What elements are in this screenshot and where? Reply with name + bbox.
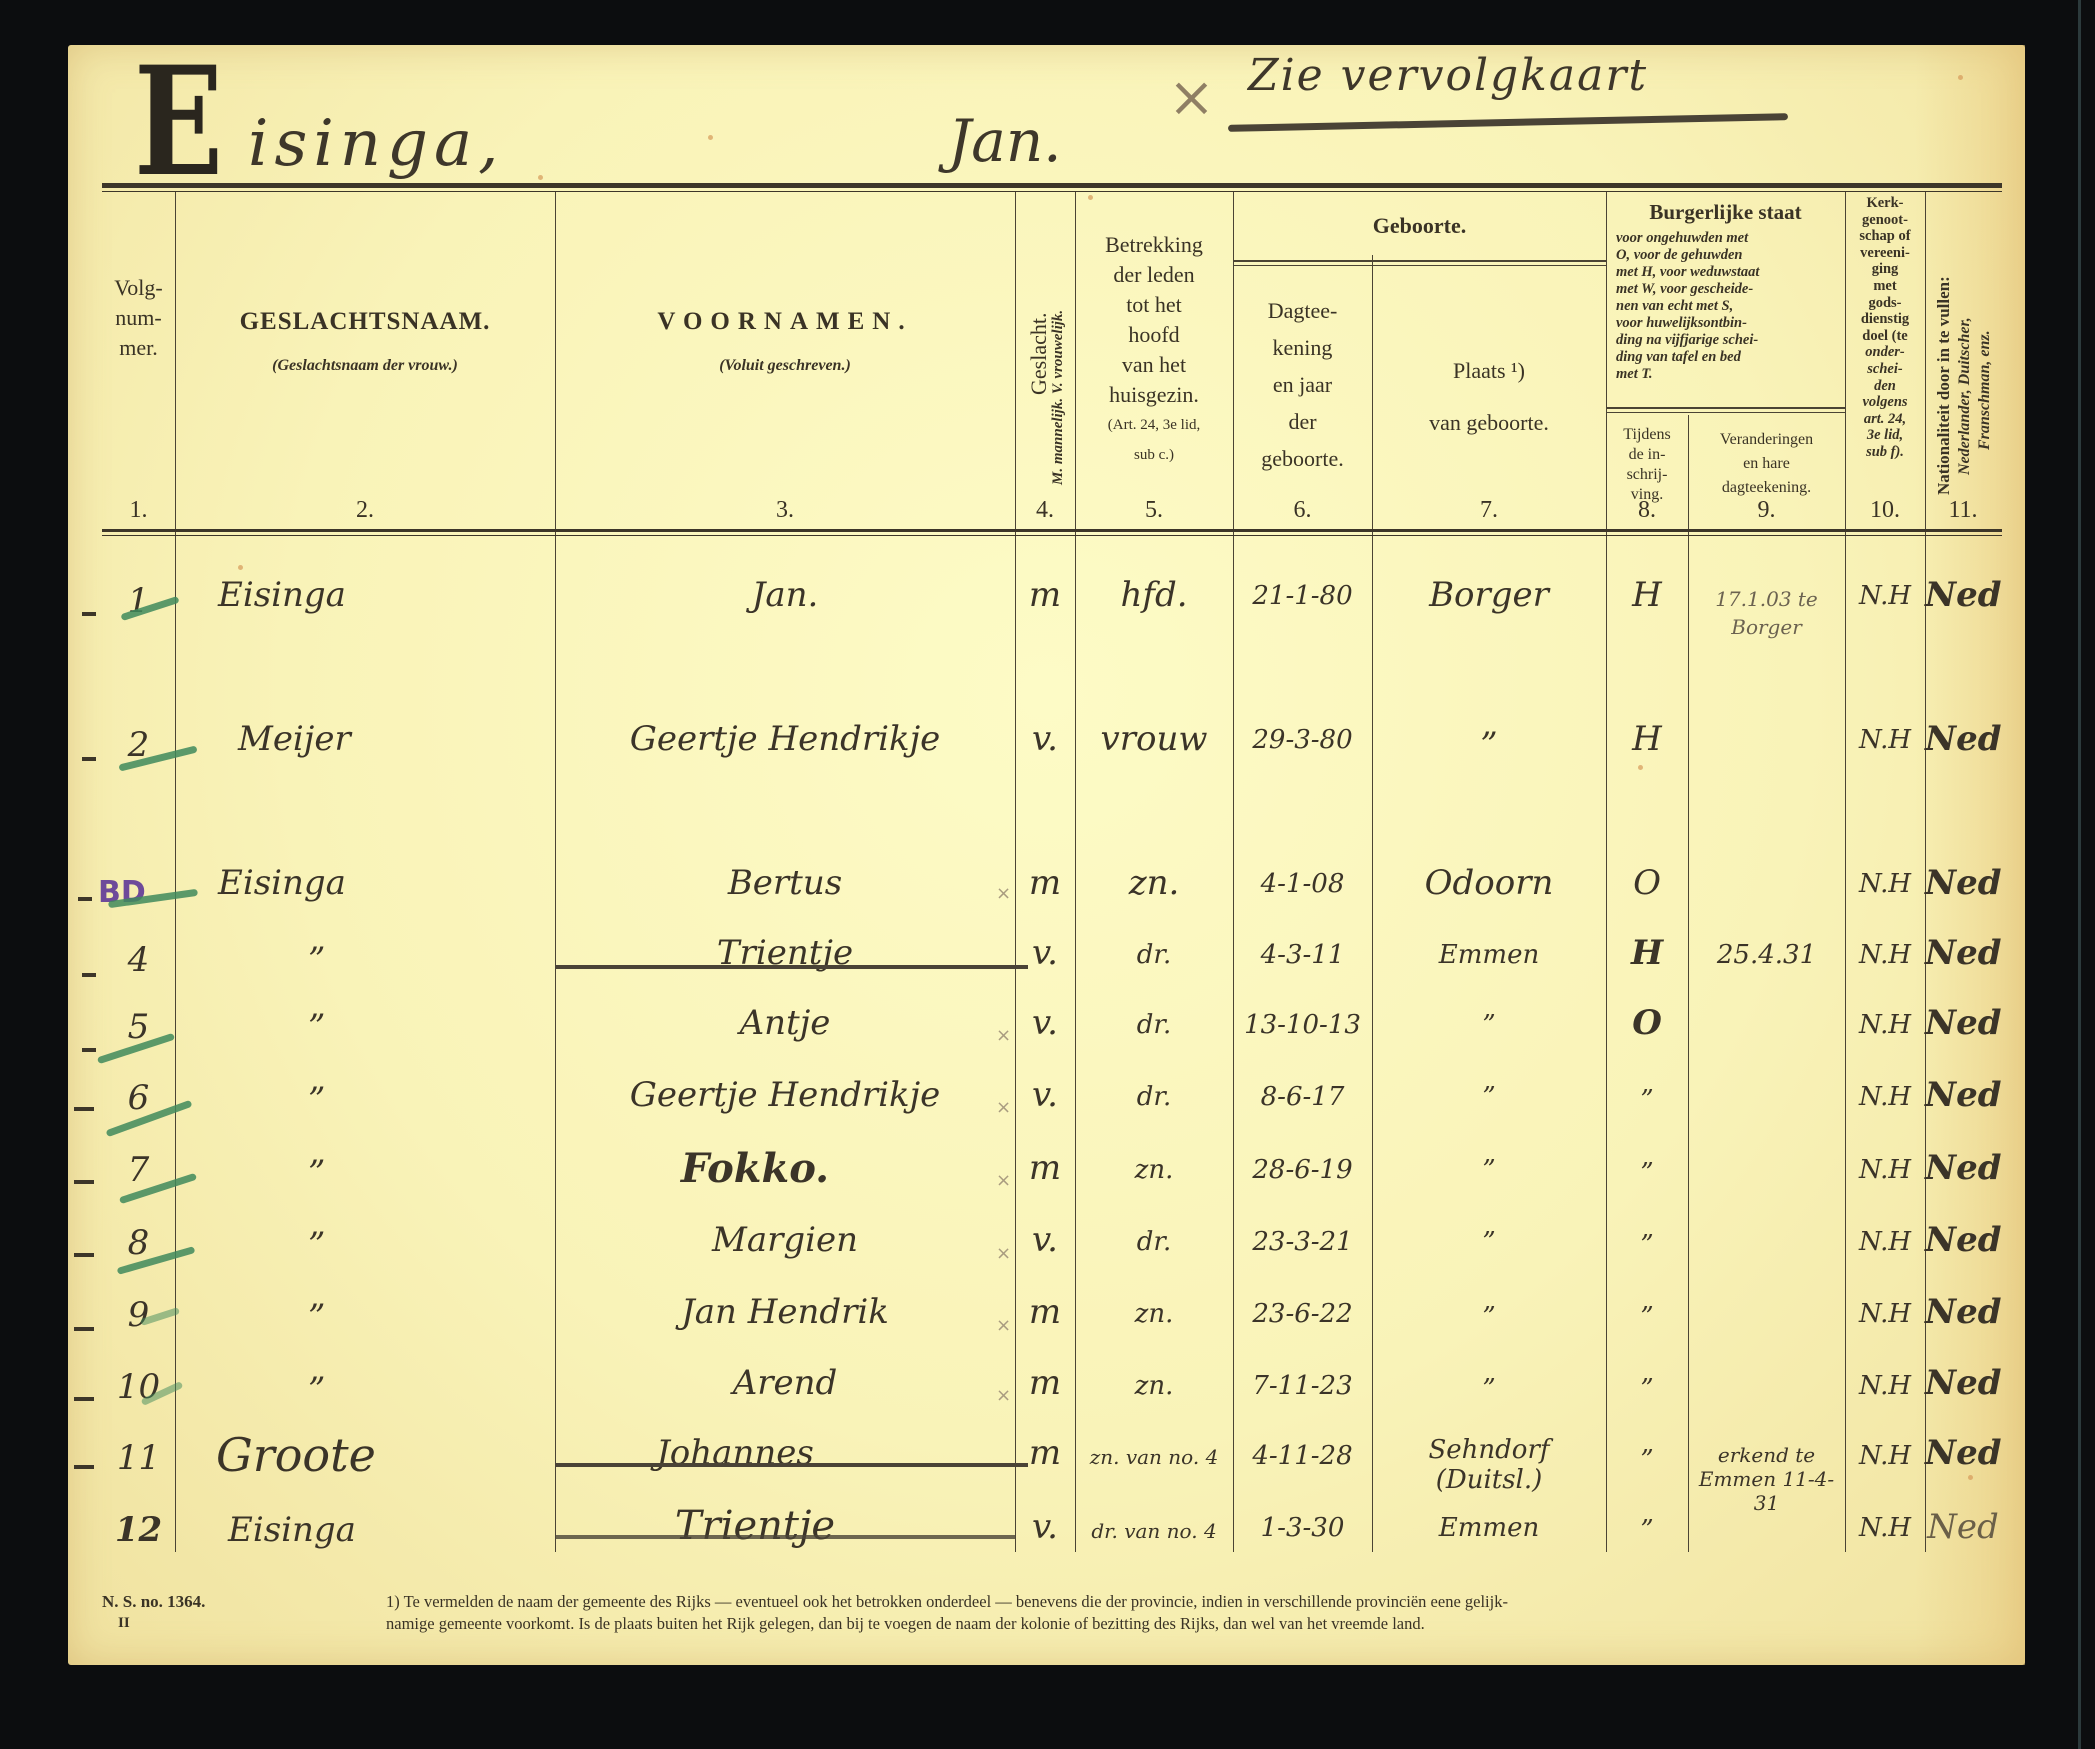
header-bottom-rule (102, 529, 2002, 532)
row2-nationality: Ned (1925, 719, 2001, 759)
row4-sex: v. (1015, 933, 1075, 973)
paper-speck (708, 135, 713, 140)
col11-header-title: Nationaliteit door in te vullen: (1934, 276, 1954, 495)
col11-header-subtitle-1: Nederlander, Duitscher, (1956, 317, 1974, 475)
bs-group-rule-thin (1606, 412, 1845, 413)
row6-church: N.H (1845, 1082, 1925, 1112)
row10-relation: zn. (1075, 1371, 1233, 1401)
row9-relation: zn. (1075, 1299, 1233, 1329)
row5-nationality: Ned (1925, 1003, 2001, 1043)
row12-church: N.H (1845, 1513, 1925, 1543)
row1-status: H (1606, 575, 1688, 615)
note-underline (1228, 113, 1788, 132)
row11-given: Johannes (555, 1433, 915, 1473)
paper-speck (538, 175, 543, 180)
row8-sex: v. (1015, 1220, 1075, 1260)
margin-dash (82, 1048, 96, 1052)
row5-birth-place: ” (1372, 1010, 1606, 1040)
row11-surname: Groote (216, 1428, 376, 1482)
row9-church: N.H (1845, 1299, 1925, 1329)
col10-header: Kerk- genoot- schap of vereeni- ging met… (1845, 195, 1925, 461)
row12-relation: dr. van no. 4 (1075, 1519, 1233, 1543)
row10-nationality: Ned (1925, 1363, 2001, 1403)
col3-header-title: VOORNAMEN. (555, 308, 1015, 336)
row4-birth-date: 4-3-11 (1233, 940, 1372, 970)
strikethrough (555, 1535, 1015, 1539)
row10-birth-date: 7-11-23 (1233, 1371, 1372, 1401)
row9-given: Jan Hendrik (555, 1292, 1015, 1332)
row10-status: ” (1606, 1374, 1688, 1404)
row1-birth-date: 21-1-80 (1233, 581, 1372, 611)
row9-status: ” (1606, 1302, 1688, 1332)
row4-nr: 4 (102, 940, 175, 980)
col11-number: 11. (1925, 497, 2001, 524)
row10-given: Arend (555, 1363, 1015, 1403)
heading-firstname: Jan. (948, 107, 1062, 175)
row1-nationality: Ned (1925, 575, 2001, 615)
col6-header: Dagtee- kening en jaar der geboorte. (1233, 292, 1372, 477)
row6-birth-date: 8-6-17 (1233, 1082, 1372, 1112)
row12-nationality: Ned (1925, 1507, 2001, 1547)
col2-header-subtitle: (Geslachtsnaam der vrouw.) (175, 357, 555, 375)
margin-dash (82, 973, 96, 977)
col8-header: Tijdens de in- schrij- ving. (1606, 425, 1688, 505)
row12-surname: Eisinga (228, 1510, 356, 1550)
row3-nationality: Ned (1925, 863, 2001, 903)
margin-dash (74, 1397, 94, 1401)
row1-changes: 17.1.03 te Borger (1688, 585, 1845, 641)
row8-nationality: Ned (1925, 1220, 2001, 1260)
paper-speck (238, 565, 243, 570)
heading-x-mark: × (1168, 65, 1215, 130)
row11-church: N.H (1845, 1441, 1925, 1471)
row7-church: N.H (1845, 1155, 1925, 1185)
col7-header: Plaats ¹) van geboorte. (1372, 345, 1606, 449)
col4-header-title: Geslacht. (1026, 313, 1052, 395)
margin-dash (82, 757, 96, 761)
row4-status: H (1606, 933, 1688, 973)
col5-header: Betrekking der leden tot het hoofd van h… (1075, 230, 1233, 470)
row8-church: N.H (1845, 1227, 1925, 1257)
row2-status: H (1606, 719, 1688, 759)
row7-nationality: Ned (1925, 1148, 2001, 1188)
row9-birth-date: 23-6-22 (1233, 1299, 1372, 1329)
paper-speck (1638, 765, 1643, 770)
row6-nationality: Ned (1925, 1075, 2001, 1115)
margin-dash (74, 1107, 94, 1111)
heading-rule-thin (102, 191, 2002, 192)
row6-relation: dr. (1075, 1082, 1233, 1112)
row5-relation: dr. (1075, 1010, 1233, 1040)
row4-birth-place: Emmen (1372, 940, 1606, 970)
row10-church: N.H (1845, 1371, 1925, 1401)
row6-status: ” (1606, 1085, 1688, 1115)
row8-surname: ” (308, 1225, 325, 1265)
col1-number: 1. (102, 497, 175, 524)
row3-birth-place: Odoorn (1372, 863, 1606, 903)
row2-surname: Meijer (238, 719, 351, 759)
form-number: N. S. no. 1364. (102, 1592, 205, 1612)
row8-relation: dr. (1075, 1227, 1233, 1257)
heading-rule (102, 183, 2002, 188)
col4-number: 4. (1015, 497, 1075, 524)
row11-birth-place: Sehndorf (Duitsl.) (1372, 1435, 1606, 1495)
col4-header-subtitle: M. mannelijk. V. vrouwelijk. (1050, 310, 1067, 485)
heading-continuation-note: Zie vervolgkaart (1248, 50, 1648, 101)
row4-changes: 25.4.31 (1688, 940, 1845, 970)
index-letter: E (134, 47, 223, 197)
row7-surname: ” (308, 1153, 325, 1193)
row12-given: Trientje (555, 1503, 955, 1549)
margin-dash (82, 612, 96, 616)
row5-sex: v. (1015, 1003, 1075, 1043)
row11-birth-date: 4-11-28 (1233, 1441, 1372, 1471)
strikethrough (555, 1463, 1028, 1467)
row2-birth-place: ” (1372, 725, 1606, 765)
col9-number: 9. (1688, 497, 1845, 524)
row12-nr: 12 (102, 1510, 175, 1550)
row10-surname: ” (308, 1370, 325, 1410)
row7-relation: zn. (1075, 1155, 1233, 1185)
row7-given: Fokko. (555, 1145, 955, 1192)
row7-status: ” (1606, 1158, 1688, 1188)
row8-birth-date: 23-3-21 (1233, 1227, 1372, 1257)
row5-status: O (1606, 1003, 1688, 1043)
row2-given: Geertje Hendrikje (555, 719, 1015, 759)
row2-relation: vrouw (1075, 719, 1233, 759)
col10-number: 10. (1845, 497, 1925, 524)
x-mark: × (996, 1025, 1011, 1046)
row7-birth-place: ” (1372, 1155, 1606, 1185)
row11-nr: 11 (102, 1438, 175, 1478)
col2-header-title: GESLACHTSNAAM. (175, 308, 555, 336)
form-series: II (118, 1615, 130, 1632)
row9-surname: ” (308, 1297, 325, 1337)
row4-nationality: Ned (1925, 933, 2001, 973)
row8-status: ” (1606, 1230, 1688, 1260)
row2-church: N.H (1845, 725, 1925, 755)
col2-number: 2. (175, 497, 555, 524)
footnote-line-1: 1) Te vermelden de naam der gemeente des… (386, 1592, 2006, 1612)
row5-birth-date: 13-10-13 (1233, 1010, 1372, 1040)
col11-header-subtitle-2: Franschman, enz. (1976, 330, 1994, 450)
geboorte-group-title: Geboorte. (1233, 213, 1606, 239)
x-mark: × (996, 1385, 1011, 1406)
row12-sex: v. (1015, 1507, 1075, 1547)
header-bottom-rule-thin (102, 535, 2002, 536)
row1-sex: m (1015, 575, 1075, 615)
margin-dash (78, 897, 92, 901)
bs-group-note: voor ongehuwden met O, voor de gehuwden … (1616, 230, 1838, 383)
geboorte-group-rule-thin (1233, 265, 1606, 266)
col1-header: Volg- num- mer. (102, 273, 175, 363)
row11-status: ” (1606, 1445, 1688, 1475)
col-divider (1372, 255, 1373, 1552)
strikethrough (555, 965, 1028, 969)
row1-church: N.H (1845, 581, 1925, 611)
paper-speck (1968, 1475, 1973, 1480)
row4-surname: ” (308, 940, 325, 980)
row6-sex: v. (1015, 1075, 1075, 1115)
margin-dash (74, 1327, 94, 1331)
col5-number: 5. (1075, 497, 1233, 524)
row4-church: N.H (1845, 940, 1925, 970)
heading-surname: isinga, (248, 107, 504, 181)
row9-nationality: Ned (1925, 1292, 2001, 1332)
row7-sex: m (1015, 1148, 1075, 1188)
paper-speck (1958, 75, 1963, 80)
row6-birth-place: ” (1372, 1082, 1606, 1112)
row4-relation: dr. (1075, 940, 1233, 970)
row11-nationality: Ned (1925, 1433, 2001, 1473)
row7-birth-date: 28-6-19 (1233, 1155, 1372, 1185)
row10-sex: m (1015, 1363, 1075, 1403)
row5-surname: ” (308, 1007, 325, 1047)
row5-church: N.H (1845, 1010, 1925, 1040)
margin-dash (74, 1253, 94, 1257)
register-card: E isinga, Jan. × Zie vervolgkaart Volg- … (68, 45, 2025, 1665)
row1-surname: Eisinga (218, 575, 346, 615)
row8-birth-place: ” (1372, 1227, 1606, 1257)
bs-group-rule (1606, 407, 1845, 409)
x-mark: × (996, 883, 1011, 904)
row3-given: Bertus (555, 863, 1015, 903)
col3-header-subtitle: (Voluit geschreven.) (555, 357, 1015, 375)
row6-given: Geertje Hendrikje (555, 1075, 1015, 1115)
row3-church: N.H (1845, 869, 1925, 899)
x-mark: × (996, 1315, 1011, 1336)
margin-dash (74, 1180, 94, 1184)
row11-changes: erkend te Emmen 11-4-31 (1688, 1443, 1845, 1515)
col3-number: 3. (555, 497, 1015, 524)
col6-number: 6. (1233, 497, 1372, 524)
row2-sex: v. (1015, 719, 1075, 759)
bs-group-title: Burgerlijke staat (1606, 200, 1845, 225)
row10-nr: 10 (102, 1367, 175, 1407)
row11-relation: zn. van no. 4 (1075, 1445, 1233, 1469)
paper-stain (1915, 45, 2025, 1665)
col7-number: 7. (1372, 497, 1606, 524)
row3-sex: m (1015, 863, 1075, 903)
row9-birth-place: ” (1372, 1302, 1606, 1332)
row1-given: Jan. (555, 575, 1015, 615)
row3-surname: Eisinga (218, 863, 346, 903)
col9-header: Veranderingen en hare dagteekening. (1688, 428, 1845, 500)
row1-relation: hfd. (1075, 575, 1233, 615)
row3-birth-date: 4-1-08 (1233, 869, 1372, 899)
paper-speck (1088, 195, 1093, 200)
row1-birth-place: Borger (1372, 575, 1606, 615)
x-mark: × (996, 1243, 1011, 1264)
col-divider (175, 192, 176, 1552)
geboorte-group-rule (1233, 260, 1606, 262)
col8-number: 8. (1606, 497, 1688, 524)
row12-birth-place: Emmen (1372, 1513, 1606, 1543)
row3-relation: zn. (1075, 863, 1233, 903)
row12-status: ” (1606, 1515, 1688, 1545)
row2-birth-date: 29-3-80 (1233, 725, 1372, 755)
row6-surname: ” (308, 1080, 325, 1120)
margin-dash (74, 1465, 94, 1469)
footnote-line-2: namige gemeente voorkomt. Is de plaats b… (386, 1614, 2006, 1634)
row12-birth-date: 1-3-30 (1233, 1513, 1372, 1543)
row8-given: Margien (555, 1220, 1015, 1260)
row11-sex: m (1015, 1433, 1075, 1473)
row10-birth-place: ” (1372, 1374, 1606, 1404)
row3-status: O (1606, 863, 1688, 903)
scan-edge-line (2078, 0, 2081, 1749)
x-mark: × (996, 1097, 1011, 1118)
x-mark: × (996, 1170, 1011, 1191)
row5-given: Antje (555, 1003, 1015, 1043)
row9-sex: m (1015, 1292, 1075, 1332)
